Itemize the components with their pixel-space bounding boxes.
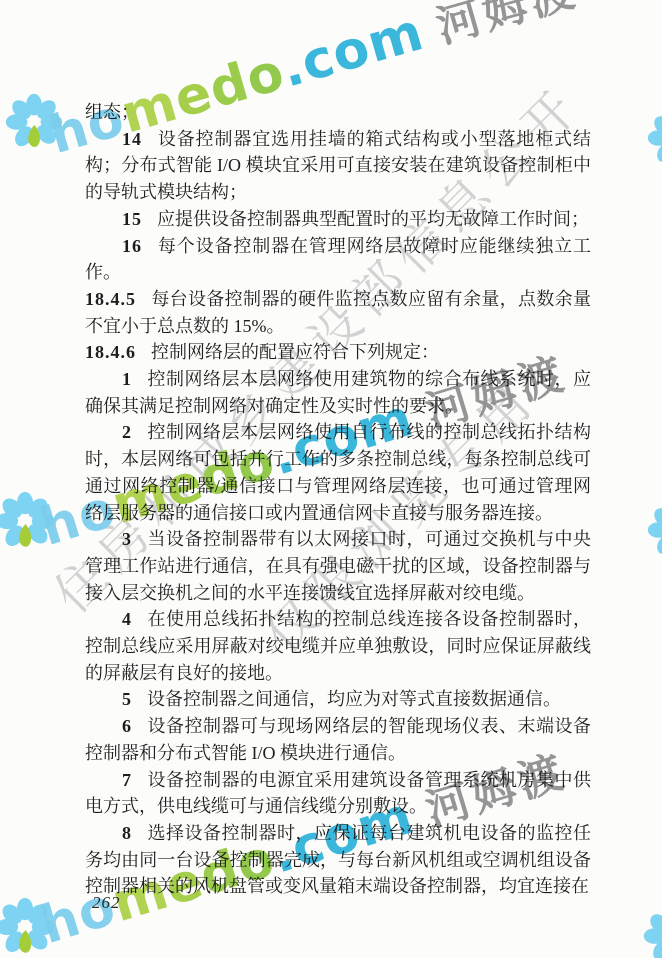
paragraph-text: 在使用总线拓扑结构的控制总线连接各设备控制器时，控制总线应采用屏蔽对绞电缆并应单…	[85, 609, 591, 682]
paragraph-text: 设备控制器之间通信，均应为对等式直接数据通信。	[147, 689, 561, 709]
paragraph: 8选择设备控制器时，应保证每台建筑机电设备的监控任务均由同一台设备控制器完成，与…	[85, 820, 591, 900]
clause-number: 4	[122, 609, 132, 629]
clause-number: 1	[122, 369, 132, 389]
clause-number: 18.4.6	[85, 342, 136, 362]
paragraph-text: 每个设备控制器在管理网络层故障时应能继续独立工作。	[85, 236, 591, 283]
paragraph-text: 控制网络层本层网络使用建筑物的综合布线系统时，应确保其满足控制网络对确定性及实时…	[85, 369, 591, 416]
paragraph: 组态；	[85, 99, 591, 126]
clause-number: 8	[122, 823, 132, 843]
clause-number: 7	[122, 770, 132, 790]
flower-svg	[642, 906, 662, 958]
homedo-flower-icon	[646, 500, 662, 560]
homedo-flower-icon	[642, 906, 662, 958]
paragraph-text: 设备控制器的电源宜采用建筑设备管理系统机房集中供电方式，供电线缆可与通信线缆分别…	[85, 770, 591, 817]
paragraph: 3当设备控制器带有以太网接口时，可通过交换机与中央管理工作站进行通信，在具有强电…	[85, 526, 591, 606]
paragraph: 2控制网络层本层网络使用自行布线的控制总线拓扑结构时，本层网络可包括并行工作的多…	[85, 419, 591, 526]
paragraph-text: 控制网络层本层网络使用自行布线的控制总线拓扑结构时，本层网络可包括并行工作的多条…	[85, 422, 591, 522]
clause-number: 5	[122, 689, 132, 709]
paragraph: 18.4.6控制网络层的配置应符合下列规定：	[85, 339, 591, 366]
clause-number: 2	[122, 422, 132, 442]
clause-number: 16	[122, 236, 142, 256]
page-number: 262	[92, 893, 121, 913]
paragraph: 7设备控制器的电源宜采用建筑设备管理系统机房集中供电方式，供电线缆可与通信线缆分…	[85, 767, 591, 820]
clause-number: 6	[122, 716, 132, 736]
document-body: 组态；14设备控制器宜选用挂墙的箱式结构或小型落地柜式结构；分布式智能 I/O …	[85, 99, 591, 900]
paragraph: 14设备控制器宜选用挂墙的箱式结构或小型落地柜式结构；分布式智能 I/O 模块宜…	[85, 126, 591, 206]
flower-svg	[646, 108, 662, 168]
clause-number: 14	[122, 129, 142, 149]
paragraph: 18.4.5每台设备控制器的硬件监控点数应留有余量，点数余量不宜小于总点数的 1…	[85, 286, 591, 339]
paragraph-text: 每台设备控制器的硬件监控点数应留有余量，点数余量不宜小于总点数的 15%。	[85, 289, 591, 336]
paragraph: 1控制网络层本层网络使用建筑物的综合布线系统时，应确保其满足控制网络对确定性及实…	[85, 366, 591, 419]
paragraph: 4在使用总线拓扑结构的控制总线连接各设备控制器时，控制总线应采用屏蔽对绞电缆并应…	[85, 606, 591, 686]
paragraph: 16每个设备控制器在管理网络层故障时应能继续独立工作。	[85, 233, 591, 286]
clause-number: 15	[122, 209, 142, 229]
homedo-flower-icon	[646, 108, 662, 168]
paragraph-text: 应提供设备控制器典型配置时的平均无故障工作时间；	[157, 209, 589, 229]
clause-number: 18.4.5	[85, 289, 136, 309]
paragraph: 6设备控制器可与现场网络层的智能现场仪表、末端设备控制器和分布式智能 I/O 模…	[85, 713, 591, 766]
paragraph: 15应提供设备控制器典型配置时的平均无故障工作时间；	[85, 206, 591, 233]
flower-svg	[646, 500, 662, 560]
paragraph-text: 当设备控制器带有以太网接口时，可通过交换机与中央管理工作站进行通信，在具有强电磁…	[85, 529, 591, 602]
paragraph-text: 设备控制器宜选用挂墙的箱式结构或小型落地柜式结构；分布式智能 I/O 模块宜采用…	[85, 129, 591, 202]
paragraph-text: 组态；	[85, 102, 139, 122]
homedo-com-suffix: .com	[274, 0, 431, 101]
paragraph-text: 选择设备控制器时，应保证每台建筑机电设备的监控任务均由同一台设备控制器完成，与每…	[85, 823, 591, 896]
homedo-cjk-name: 河姆渡	[429, 0, 585, 60]
paragraph-text: 控制网络层的配置应符合下列规定：	[151, 342, 439, 362]
clause-number: 3	[122, 529, 132, 549]
document-page: 住房和城乡建设部信息公开 仅限浏览专用	[0, 0, 662, 958]
paragraph: 5设备控制器之间通信，均应为对等式直接数据通信。	[85, 686, 591, 713]
paragraph-text: 设备控制器可与现场网络层的智能现场仪表、末端设备控制器和分布式智能 I/O 模块…	[85, 716, 591, 763]
